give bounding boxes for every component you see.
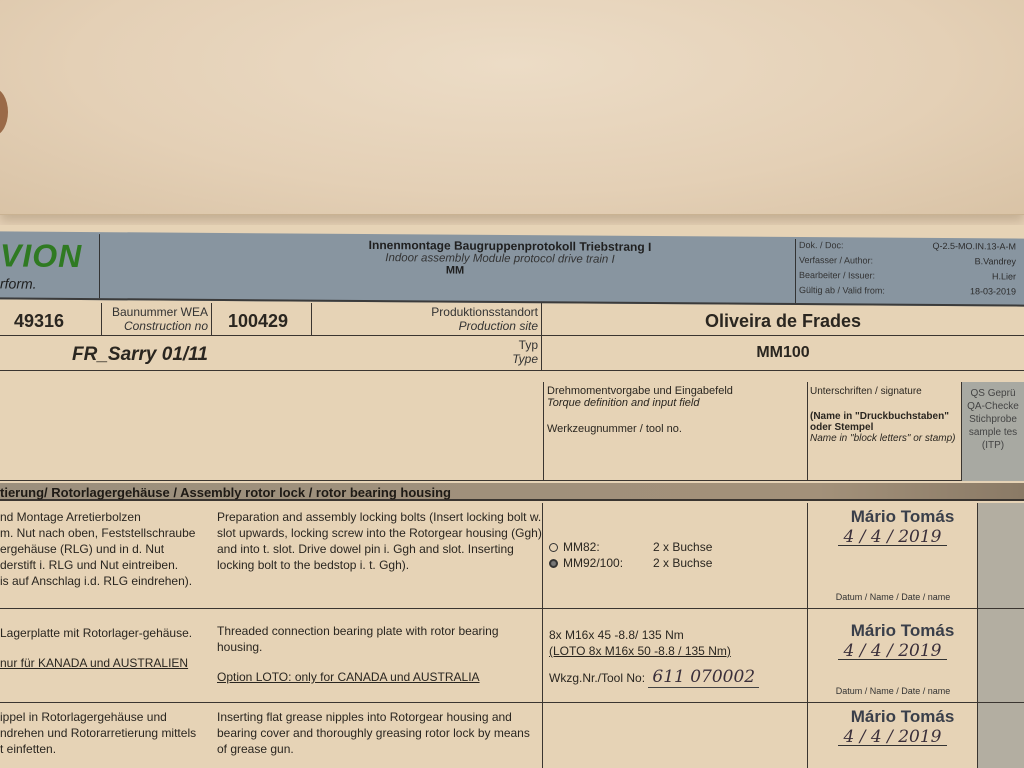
qa-check-field[interactable] bbox=[978, 609, 1024, 702]
signature-date: 4 / 4 / 2019 bbox=[838, 643, 948, 660]
section-title: tierung/ Rotorlagergehäuse / Assembly ro… bbox=[0, 483, 1024, 501]
company-logo: VION rform. bbox=[0, 233, 100, 298]
option-mm82[interactable]: MM82:2 x Buchse bbox=[549, 539, 807, 555]
production-site: Oliveira de Frades bbox=[542, 303, 1024, 335]
step-description-de: nd Montage Arretierbolzen m. Nut nach ob… bbox=[0, 503, 210, 608]
signature-caption: Datum / Name / Date / name bbox=[808, 683, 978, 699]
option-mm92-100[interactable]: MM92/100:2 x Buchse bbox=[549, 555, 807, 571]
folded-cover-sheet bbox=[0, 0, 1024, 215]
torque-header: Drehmomentvorgabe und Eingabefeld Torque… bbox=[543, 382, 808, 481]
radio-checked-icon[interactable] bbox=[549, 559, 558, 568]
qa-check-field[interactable] bbox=[978, 503, 1024, 608]
step-description-en: Preparation and assembly locking bolts (… bbox=[215, 503, 543, 608]
signature-date: 4 / 4 / 2019 bbox=[838, 529, 948, 546]
step-row: nd Montage Arretierbolzen m. Nut nach ob… bbox=[0, 503, 1024, 609]
signature-field[interactable]: Mário Tomás 4 / 4 / 2019 Datum / Name / … bbox=[808, 503, 978, 608]
signer-name: Mário Tomás bbox=[851, 623, 955, 639]
project-name: FR_Sarry 01/11 bbox=[72, 336, 372, 370]
torque-spec bbox=[543, 703, 808, 768]
meta-issuer: Bearbeiter / Issuer:H.Lier bbox=[796, 269, 1020, 286]
torque-spec: 8x M16x 45 -8.8/ 135 Nm (LOTO 8x M16x 50… bbox=[543, 609, 808, 702]
signature-date: 4 / 4 / 2019 bbox=[838, 729, 948, 746]
document-meta: Dok. / Doc:Q-2.5-MO.IN.13-A-M Verfasser … bbox=[795, 239, 1020, 305]
step-row: ippel in Rotorlagergehäuse und ndrehen u… bbox=[0, 703, 1024, 768]
production-site-label: Produktionsstandort Production site bbox=[312, 303, 542, 335]
meta-doc: Dok. / Doc:Q-2.5-MO.IN.13-A-M bbox=[796, 239, 1020, 256]
signature-field[interactable]: Mário Tomás 4 / 4 / 2019 bbox=[808, 703, 978, 768]
radio-unchecked-icon[interactable] bbox=[549, 543, 558, 552]
meta-valid-from: Gültig ab / Valid from:18-03-2019 bbox=[796, 284, 1020, 301]
logo-tagline: rform. bbox=[0, 275, 37, 291]
signer-name: Mário Tomás bbox=[851, 509, 955, 525]
variant-options: MM82:2 x Buchse MM92/100:2 x Buchse bbox=[543, 503, 808, 608]
step-description-en: Inserting flat grease nipples into Rotor… bbox=[215, 703, 543, 768]
order-number: 49316 bbox=[0, 303, 102, 335]
signature-field[interactable]: Mário Tomás 4 / 4 / 2019 Datum / Name / … bbox=[808, 609, 978, 702]
assembly-protocol-document: VION rform. Innenmontage Baugruppenproto… bbox=[0, 225, 1024, 768]
construction-label: Baunummer WEA Construction no bbox=[102, 303, 212, 335]
column-headers: Drehmomentvorgabe und Eingabefeld Torque… bbox=[0, 382, 1024, 481]
qa-check-field[interactable] bbox=[978, 703, 1024, 768]
meta-author: Verfasser / Author:B.Vandrey bbox=[796, 254, 1020, 271]
step-row: Lagerplatte mit Rotorlager-gehäuse. nur … bbox=[0, 609, 1024, 703]
type-label: Typ Type bbox=[372, 336, 542, 370]
tool-number-value: 611 070002 bbox=[648, 667, 759, 688]
construction-number: 100429 bbox=[212, 303, 312, 335]
turbine-type: MM100 bbox=[542, 336, 1024, 370]
signature-header: Unterschriften / signature (Name in "Dru… bbox=[808, 382, 962, 481]
step-description-de: Lagerplatte mit Rotorlager-gehäuse. nur … bbox=[0, 609, 210, 702]
info-row-2: FR_Sarry 01/11 Typ Type MM100 bbox=[0, 336, 1024, 371]
info-row-1: 49316 Baunummer WEA Construction no 1004… bbox=[0, 303, 1024, 336]
signer-name: Mário Tomás bbox=[851, 709, 955, 725]
document-header: VION rform. Innenmontage Baugruppenproto… bbox=[0, 231, 1024, 306]
step-description-en: Threaded connection bearing plate with r… bbox=[215, 609, 543, 702]
document-title: Innenmontage Baugruppenprotokoll Triebst… bbox=[100, 236, 790, 279]
tool-number-field[interactable]: Wkzg.Nr./Tool No: 611 070002 bbox=[549, 669, 807, 686]
step-description-de: ippel in Rotorlagergehäuse und ndrehen u… bbox=[0, 703, 210, 768]
signature-caption: Datum / Name / Date / name bbox=[808, 589, 978, 605]
logo-mark: VION bbox=[0, 237, 82, 275]
qa-check-header: QS Geprü QA-Checke Stichprobe sample tes… bbox=[962, 382, 1024, 481]
